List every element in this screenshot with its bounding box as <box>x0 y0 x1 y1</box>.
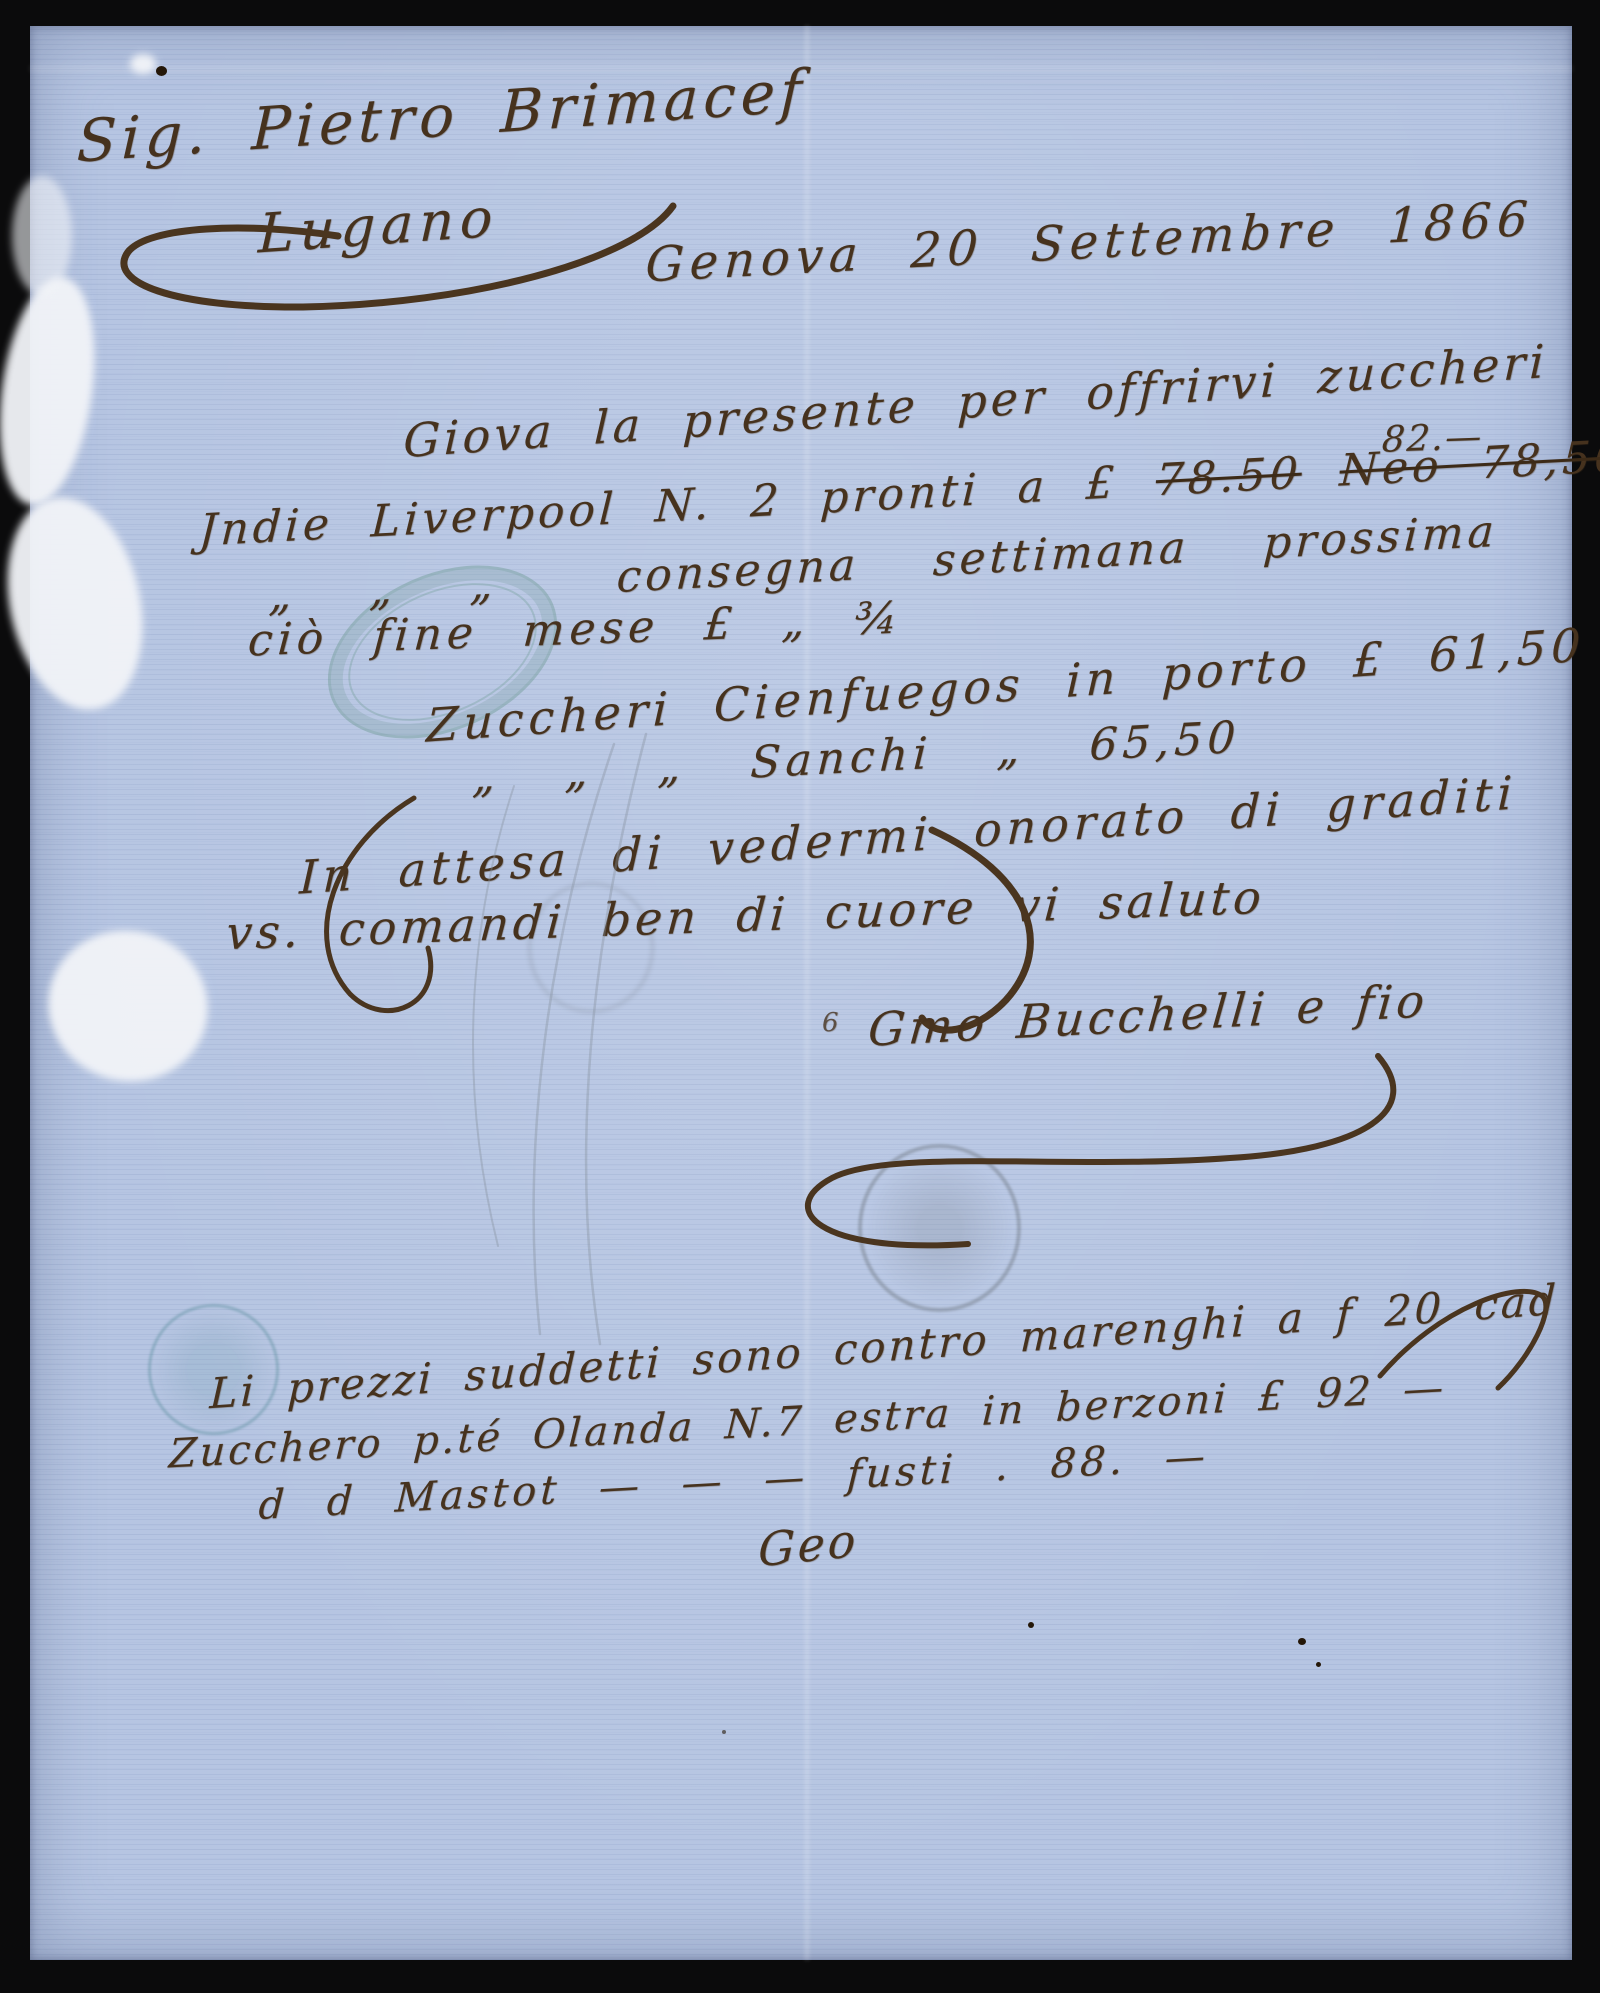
dateline: Genova 20 Settembre 1866 <box>644 191 1535 294</box>
fold-crease-vertical <box>805 26 809 1960</box>
offer-separator <box>1300 446 1341 499</box>
signature: Gmo Bucchelli e fio <box>866 973 1431 1057</box>
paper-damage-patch <box>12 176 72 296</box>
ink-speck <box>1028 1622 1034 1628</box>
paper-damage-patch <box>31 913 224 1099</box>
letter-paper: Sig. Pietro Brimacef Lugano Genova 20 Se… <box>30 26 1572 1960</box>
paper-damage-patch <box>0 485 161 722</box>
recipient-name: Sig. Pietro Brimacef <box>76 56 808 175</box>
struck-price-1: 78.50 <box>1155 448 1303 507</box>
round-postmark-right <box>858 1144 1021 1312</box>
letter-scan: Sig. Pietro Brimacef Lugano Genova 20 Se… <box>0 0 1600 1993</box>
recipient-city: Lugano <box>257 185 499 265</box>
ink-speck <box>722 1730 726 1734</box>
ink-speck <box>1298 1638 1306 1645</box>
struck-price-2: Neo 78,50 <box>1338 430 1600 496</box>
postscript-initials: Geo <box>757 1512 859 1577</box>
paper-damage-patch <box>130 54 156 74</box>
signature-mark: 6 <box>822 1008 839 1038</box>
paper-damage-patch <box>0 271 108 511</box>
ink-speck <box>1316 1662 1321 1667</box>
ink-speck <box>156 66 167 76</box>
flourish-signature <box>772 1028 1422 1273</box>
